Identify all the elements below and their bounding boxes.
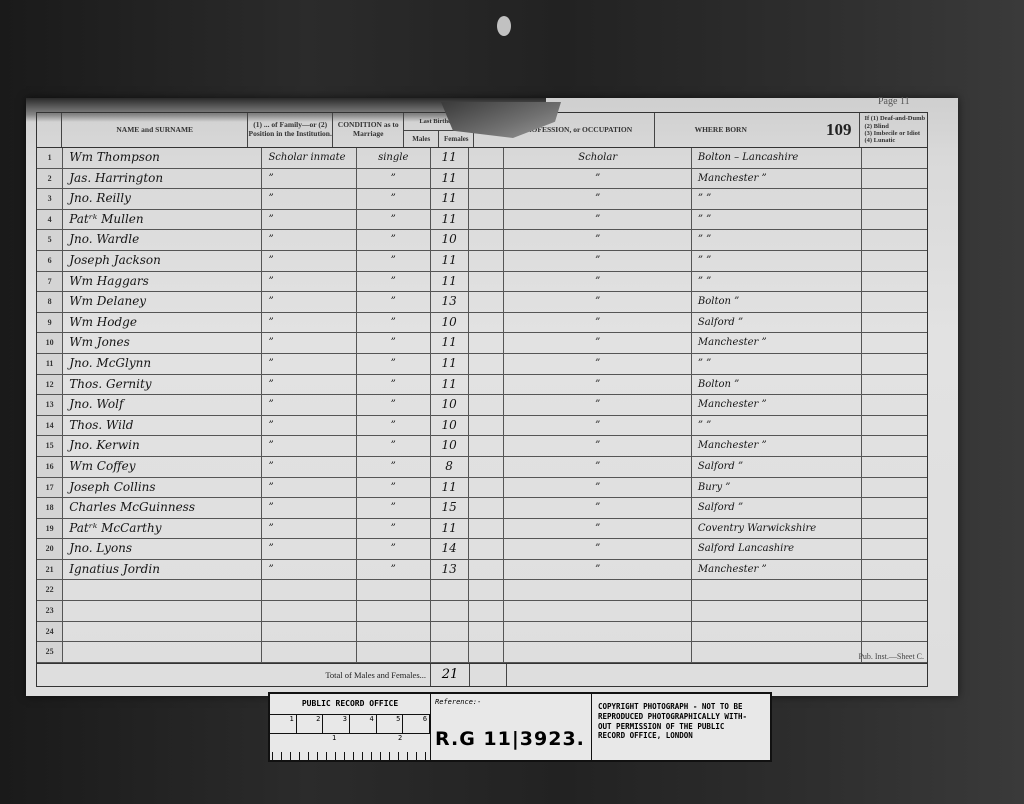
relation-cell: ” — [262, 560, 356, 580]
occupation-cell — [504, 580, 691, 600]
infirmity-cell — [862, 169, 927, 189]
totals-label: Total of Males and Females... — [37, 664, 431, 686]
table-row: 10Wm Jones””11”Manchester ” — [37, 333, 927, 354]
female-age-cell — [469, 189, 505, 209]
condition-cell — [357, 580, 431, 600]
table-row: 16Wm Coffey””8”Salford ” — [37, 457, 927, 478]
where-born-cell: Manchester ” — [692, 436, 862, 456]
table-row: 24 — [37, 622, 927, 643]
female-age-cell — [469, 292, 505, 312]
relation-cell: ” — [262, 354, 356, 374]
infirmity-cell — [862, 292, 927, 312]
male-age-cell: 11 — [431, 210, 469, 230]
row-number: 1 — [37, 148, 63, 168]
infirmity-cell — [862, 416, 927, 436]
occupation-cell: ” — [504, 436, 691, 456]
occupation-cell: ” — [504, 292, 691, 312]
male-age-cell: 14 — [431, 539, 469, 559]
infirmity-cell — [862, 601, 927, 621]
form-id: Pub. Inst.—Sheet C. — [858, 652, 924, 661]
where-born-cell: Bury ” — [692, 478, 862, 498]
name-cell: Thos. Wild — [63, 416, 262, 436]
relation-cell: ” — [262, 457, 356, 477]
occupation-cell — [504, 642, 691, 662]
row-number: 2 — [37, 169, 63, 189]
relation-cell: ” — [262, 436, 356, 456]
occupation-cell: ” — [504, 210, 691, 230]
occupation-cell: ” — [504, 230, 691, 250]
scale-number: 4 — [350, 715, 377, 733]
female-age-cell — [469, 622, 505, 642]
male-age-cell: 11 — [431, 189, 469, 209]
condition-cell: ” — [357, 210, 431, 230]
header-name: NAME and SURNAME — [62, 113, 248, 147]
scale-numbers: 1 2 3 4 5 6 — [270, 715, 430, 734]
occupation-cell: ” — [504, 251, 691, 271]
total-females — [470, 664, 507, 686]
condition-cell: ” — [357, 189, 431, 209]
male-age-cell: 11 — [431, 272, 469, 292]
occupation-cell: ” — [504, 189, 691, 209]
male-age-cell: 15 — [431, 498, 469, 518]
relation-cell: ” — [262, 519, 356, 539]
female-age-cell — [469, 642, 505, 662]
table-row: 19Patʳᵏ McCarthy””11”Coventry Warwickshi… — [37, 519, 927, 540]
ruler-mark: 2 — [398, 734, 402, 742]
occupation-cell: ” — [504, 478, 691, 498]
occupation-cell: Scholar — [504, 148, 691, 168]
male-age-cell: 11 — [431, 519, 469, 539]
row-number: 23 — [37, 601, 63, 621]
occupation-cell: ” — [504, 272, 691, 292]
table-row: 18Charles McGuinness””15”Salford ” — [37, 498, 927, 519]
infirmity-cell — [862, 622, 927, 642]
male-age-cell: 10 — [431, 416, 469, 436]
infirmity-cell — [862, 354, 927, 374]
name-cell: Joseph Collins — [63, 478, 262, 498]
condition-cell: ” — [357, 498, 431, 518]
totals-spacer — [507, 664, 927, 686]
table-row: 11Jno. McGlynn””11”” ” — [37, 354, 927, 375]
page-number: Page 11 — [878, 96, 910, 107]
row-number: 25 — [37, 642, 63, 662]
female-age-cell — [469, 230, 505, 250]
condition-cell: ” — [357, 436, 431, 456]
female-age-cell — [469, 375, 505, 395]
infirmity-cell — [862, 478, 927, 498]
name-cell: Jno. Lyons — [63, 539, 262, 559]
condition-cell: ” — [357, 354, 431, 374]
where-born-cell: Salford ” — [692, 457, 862, 477]
condition-cell: ” — [357, 292, 431, 312]
infirmity-cell — [862, 580, 927, 600]
condition-cell: ” — [357, 375, 431, 395]
infirmity-cell — [862, 210, 927, 230]
name-cell: Wm Thompson — [63, 148, 262, 168]
row-number: 5 — [37, 230, 63, 250]
table-row: 7Wm Haggars””11”” ” — [37, 272, 927, 293]
infirmity-cell — [862, 333, 927, 353]
relation-cell: ” — [262, 189, 356, 209]
name-cell: Wm Haggars — [63, 272, 262, 292]
name-cell — [63, 580, 262, 600]
infirmity-cell — [862, 457, 927, 477]
where-born-cell: ” ” — [692, 354, 862, 374]
infirmity-cell — [862, 539, 927, 559]
relation-cell — [262, 601, 356, 621]
female-age-cell — [469, 478, 505, 498]
female-age-cell — [469, 354, 505, 374]
infirmity-cell — [862, 436, 927, 456]
row-number: 22 — [37, 580, 63, 600]
condition-cell: ” — [357, 169, 431, 189]
occupation-cell: ” — [504, 416, 691, 436]
name-cell: Thos. Gernity — [63, 375, 262, 395]
scale-number: 1 — [270, 715, 297, 733]
table-row: 4Patʳᵏ Mullen””11”” ” — [37, 210, 927, 231]
ruler-mark: 1 — [332, 734, 336, 742]
table-row: 6Joseph Jackson””11”” ” — [37, 251, 927, 272]
male-age-cell: 10 — [431, 230, 469, 250]
where-born-cell: Manchester ” — [692, 560, 862, 580]
female-age-cell — [469, 395, 505, 415]
table-row: 15Jno. Kerwin””10”Manchester ” — [37, 436, 927, 457]
public-record-office-stamp: PUBLIC RECORD OFFICE 1 2 3 4 5 6 1 2 Ref… — [268, 692, 772, 762]
relation-cell: ” — [262, 539, 356, 559]
female-age-cell — [469, 169, 505, 189]
male-age-cell: 13 — [431, 292, 469, 312]
header-row-number — [37, 113, 62, 147]
condition-cell: ” — [357, 251, 431, 271]
condition-cell — [357, 601, 431, 621]
row-number: 6 — [37, 251, 63, 271]
where-born-cell: Manchester ” — [692, 333, 862, 353]
scale-number: 6 — [403, 715, 430, 733]
female-age-cell — [469, 539, 505, 559]
female-age-cell — [469, 560, 505, 580]
relation-cell: ” — [262, 333, 356, 353]
row-number: 16 — [37, 457, 63, 477]
male-age-cell: 11 — [431, 333, 469, 353]
relation-cell: ” — [262, 478, 356, 498]
occupation-cell: ” — [504, 313, 691, 333]
female-age-cell — [469, 580, 505, 600]
female-age-cell — [469, 436, 505, 456]
female-age-cell — [469, 210, 505, 230]
table-row: 13Jno. Wolf””10”Manchester ” — [37, 395, 927, 416]
header-where-born-label: WHERE BORN — [695, 126, 747, 135]
name-cell: Wm Hodge — [63, 313, 262, 333]
occupation-cell: ” — [504, 354, 691, 374]
copyright-notice: COPYRIGHT PHOTOGRAPH - NOT TO BE REPRODU… — [592, 694, 770, 760]
census-table: NAME and SURNAME (1) ... of Family—or (2… — [36, 112, 928, 687]
name-cell: Wm Delaney — [63, 292, 262, 312]
male-age-cell — [431, 601, 469, 621]
relation-cell: ” — [262, 230, 356, 250]
name-cell: Patʳᵏ McCarthy — [63, 519, 262, 539]
condition-cell: ” — [357, 519, 431, 539]
row-number: 14 — [37, 416, 63, 436]
male-age-cell: 11 — [431, 169, 469, 189]
relation-cell — [262, 642, 356, 662]
table-row: 25 — [37, 642, 927, 663]
infirmity-cell — [862, 375, 927, 395]
name-cell: Ignatius Jordin — [63, 560, 262, 580]
where-born-cell — [692, 622, 862, 642]
total-males: 21 — [431, 664, 470, 686]
relation-cell: ” — [262, 416, 356, 436]
name-cell — [63, 601, 262, 621]
name-cell: Jno. McGlynn — [63, 354, 262, 374]
relation-cell: ” — [262, 210, 356, 230]
relation-cell: ” — [262, 292, 356, 312]
name-cell: Patʳᵏ Mullen — [63, 210, 262, 230]
relation-cell: ” — [262, 395, 356, 415]
table-row: 1Wm ThompsonScholar inmatesingle11Schola… — [37, 148, 927, 169]
name-cell — [63, 642, 262, 662]
female-age-cell — [469, 457, 505, 477]
name-cell: Wm Jones — [63, 333, 262, 353]
reference-block: Reference:- R.G 11|3923. — [431, 694, 592, 760]
row-number: 15 — [37, 436, 63, 456]
header-condition: CONDITION as to Marriage — [333, 113, 404, 147]
header-relation: (1) ... of Family—or (2) Position in the… — [248, 113, 333, 147]
name-cell: Jno. Kerwin — [63, 436, 262, 456]
table-row: 3Jno. Reilly””11”” ” — [37, 189, 927, 210]
male-age-cell: 10 — [431, 313, 469, 333]
condition-cell: ” — [357, 395, 431, 415]
male-age-cell: 11 — [431, 251, 469, 271]
header-infirmity: If (1) Deaf-and-Dumb (2) Blind (3) Imbec… — [860, 113, 927, 147]
condition-cell: ” — [357, 230, 431, 250]
row-number: 7 — [37, 272, 63, 292]
office-block: PUBLIC RECORD OFFICE 1 2 3 4 5 6 1 2 — [270, 694, 431, 760]
row-number: 24 — [37, 622, 63, 642]
occupation-cell — [504, 601, 691, 621]
scale-number: 5 — [377, 715, 404, 733]
table-row: 8Wm Delaney””13”Bolton ” — [37, 292, 927, 313]
row-number: 3 — [37, 189, 63, 209]
condition-cell: ” — [357, 272, 431, 292]
where-born-cell — [692, 601, 862, 621]
condition-cell: ” — [357, 560, 431, 580]
header-males: Males — [404, 131, 439, 148]
row-number: 20 — [37, 539, 63, 559]
condition-cell — [357, 622, 431, 642]
table-row: 17Joseph Collins””11”Bury ” — [37, 478, 927, 499]
row-number: 19 — [37, 519, 63, 539]
row-number: 13 — [37, 395, 63, 415]
table-row: 5Jno. Wardle””10”” ” — [37, 230, 927, 251]
infirmity-cell — [862, 230, 927, 250]
infirmity-cell — [862, 251, 927, 271]
table-row: 22 — [37, 580, 927, 601]
infirmity-cell — [862, 148, 927, 168]
relation-cell: ” — [262, 169, 356, 189]
female-age-cell — [469, 333, 505, 353]
where-born-cell: Salford ” — [692, 498, 862, 518]
occupation-cell: ” — [504, 539, 691, 559]
row-number: 4 — [37, 210, 63, 230]
row-number: 17 — [37, 478, 63, 498]
where-born-cell — [692, 580, 862, 600]
name-cell: Jas. Harrington — [63, 169, 262, 189]
where-born-cell: ” ” — [692, 251, 862, 271]
male-age-cell: 11 — [431, 375, 469, 395]
table-body: 1Wm ThompsonScholar inmatesingle11Schola… — [37, 148, 927, 663]
male-age-cell: 8 — [431, 457, 469, 477]
scale-number: 3 — [323, 715, 350, 733]
table-row: 14Thos. Wild””10”” ” — [37, 416, 927, 437]
infirmity-cell — [862, 498, 927, 518]
row-number: 12 — [37, 375, 63, 395]
female-age-cell — [469, 272, 505, 292]
occupation-cell: ” — [504, 457, 691, 477]
relation-cell: ” — [262, 498, 356, 518]
relation-cell — [262, 622, 356, 642]
condition-cell: ” — [357, 333, 431, 353]
condition-cell: ” — [357, 313, 431, 333]
relation-cell — [262, 580, 356, 600]
where-born-cell: Manchester ” — [692, 395, 862, 415]
condition-cell: ” — [357, 457, 431, 477]
schedule-number: 109 — [826, 120, 852, 140]
where-born-cell: Coventry Warwickshire — [692, 519, 862, 539]
where-born-cell: Bolton ” — [692, 375, 862, 395]
where-born-cell — [692, 642, 862, 662]
female-age-cell — [469, 498, 505, 518]
relation-cell: ” — [262, 251, 356, 271]
header-where-born: WHERE BORN 109 — [655, 113, 861, 147]
relation-cell: ” — [262, 375, 356, 395]
male-age-cell: 10 — [431, 395, 469, 415]
name-cell: Jno. Wardle — [63, 230, 262, 250]
where-born-cell: Bolton – Lancashire — [692, 148, 862, 168]
where-born-cell: Salford ” — [692, 313, 862, 333]
table-row: 2Jas. Harrington””11”Manchester ” — [37, 169, 927, 190]
occupation-cell: ” — [504, 560, 691, 580]
where-born-cell: Manchester ” — [692, 169, 862, 189]
name-cell: Jno. Reilly — [63, 189, 262, 209]
male-age-cell — [431, 642, 469, 662]
condition-cell: ” — [357, 539, 431, 559]
female-age-cell — [469, 148, 505, 168]
infirmity-cell — [862, 560, 927, 580]
header-females: Females — [439, 131, 473, 148]
infirmity-cell — [862, 313, 927, 333]
condition-cell — [357, 642, 431, 662]
female-age-cell — [469, 251, 505, 271]
occupation-cell: ” — [504, 169, 691, 189]
scale-number: 2 — [297, 715, 324, 733]
condition-cell: ” — [357, 478, 431, 498]
occupation-cell — [504, 622, 691, 642]
name-cell: Joseph Jackson — [63, 251, 262, 271]
table-row: 12Thos. Gernity””11”Bolton ” — [37, 375, 927, 396]
infirmity-cell — [862, 519, 927, 539]
occupation-cell: ” — [504, 375, 691, 395]
relation-cell: ” — [262, 272, 356, 292]
table-row: 21Ignatius Jordin””13”Manchester ” — [37, 560, 927, 581]
occupation-cell: ” — [504, 519, 691, 539]
where-born-cell: Salford Lancashire — [692, 539, 862, 559]
relation-cell: ” — [262, 313, 356, 333]
occupation-cell: ” — [504, 498, 691, 518]
row-number: 9 — [37, 313, 63, 333]
row-number: 8 — [37, 292, 63, 312]
male-age-cell: 11 — [431, 148, 469, 168]
name-cell: Jno. Wolf — [63, 395, 262, 415]
row-number: 18 — [37, 498, 63, 518]
male-age-cell: 11 — [431, 354, 469, 374]
female-age-cell — [469, 519, 505, 539]
row-number: 11 — [37, 354, 63, 374]
where-born-cell: ” ” — [692, 230, 862, 250]
film-dust-speck — [497, 16, 511, 36]
row-number: 10 — [37, 333, 63, 353]
reference-label: Reference:- — [435, 698, 481, 706]
male-age-cell: 13 — [431, 560, 469, 580]
census-page: Page 11 NAME and SURNAME (1) ... of Fami… — [26, 98, 958, 696]
male-age-cell — [431, 580, 469, 600]
condition-cell: ” — [357, 416, 431, 436]
infirmity-cell — [862, 272, 927, 292]
name-cell: Charles McGuinness — [63, 498, 262, 518]
condition-cell: single — [357, 148, 431, 168]
reference-value: R.G 11|3923. — [435, 728, 585, 750]
female-age-cell — [469, 601, 505, 621]
infirmity-cell — [862, 189, 927, 209]
ruler: 1 2 — [270, 734, 430, 760]
female-age-cell — [469, 416, 505, 436]
female-age-cell — [469, 313, 505, 333]
table-row: 23 — [37, 601, 927, 622]
name-cell: Wm Coffey — [63, 457, 262, 477]
where-born-cell: ” ” — [692, 189, 862, 209]
male-age-cell — [431, 622, 469, 642]
occupation-cell: ” — [504, 395, 691, 415]
office-title: PUBLIC RECORD OFFICE — [270, 694, 430, 715]
where-born-cell: ” ” — [692, 416, 862, 436]
table-row: 9Wm Hodge””10”Salford ” — [37, 313, 927, 334]
male-age-cell: 10 — [431, 436, 469, 456]
row-number: 21 — [37, 560, 63, 580]
male-age-cell: 11 — [431, 478, 469, 498]
where-born-cell: ” ” — [692, 272, 862, 292]
name-cell — [63, 622, 262, 642]
relation-cell: Scholar inmate — [262, 148, 356, 168]
where-born-cell: ” ” — [692, 210, 862, 230]
table-row: 20Jno. Lyons””14”Salford Lancashire — [37, 539, 927, 560]
where-born-cell: Bolton ” — [692, 292, 862, 312]
totals-row: Total of Males and Females... 21 — [37, 663, 927, 686]
infirmity-cell — [862, 395, 927, 415]
occupation-cell: ” — [504, 333, 691, 353]
